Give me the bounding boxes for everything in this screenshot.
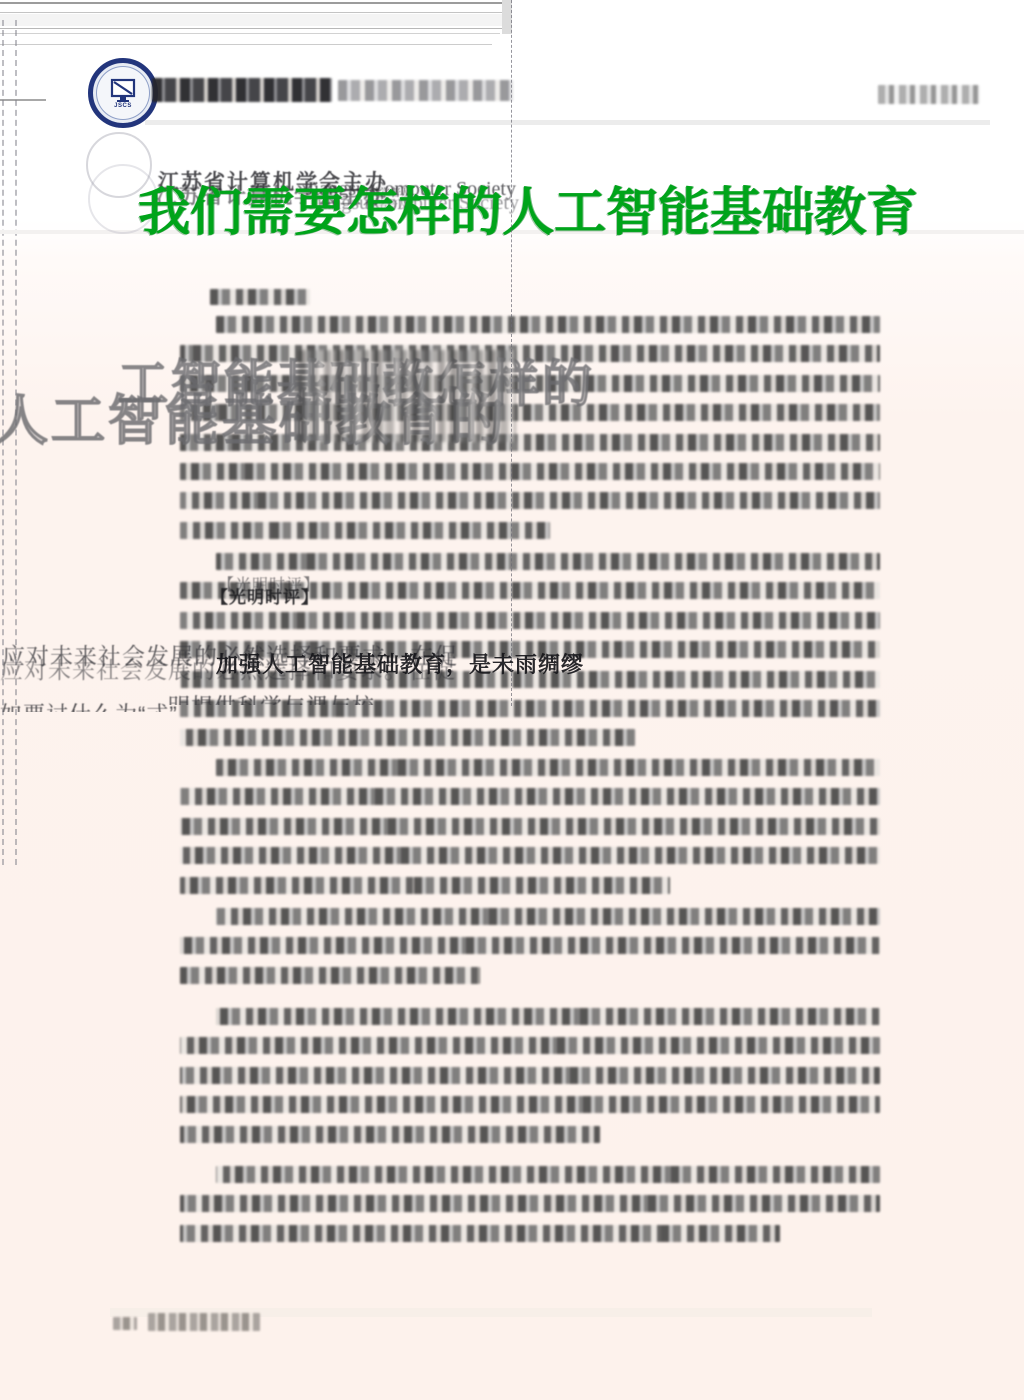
- redacted-text-line: [180, 1126, 600, 1143]
- article-title: 我们需要怎样的人工智能基础教育: [138, 170, 918, 245]
- redacted-text-line: [210, 289, 310, 305]
- redacted-text-line: [180, 937, 880, 954]
- ghost-title-lower: 人工智能基础教育的: [0, 378, 507, 455]
- document-page: JSCS 江苏省计算机学会主办 江苏省计算机学会主办 Jiangsu Compu…: [0, 0, 1024, 1400]
- redacted-text-line: [216, 759, 880, 776]
- ghost-fragment-right-text: 明提供科学与课与校: [168, 690, 498, 705]
- ghost-fragment-right: 明提供科学与课与校: [168, 690, 498, 705]
- footer-column-label-redacted: [148, 1313, 260, 1331]
- society-logo: JSCS: [88, 58, 158, 128]
- artifact-rule: [0, 28, 512, 29]
- footer-band: [110, 1308, 872, 1317]
- redacted-text-line: [216, 553, 880, 570]
- redacted-text-line: [216, 1008, 880, 1025]
- redacted-text-line: [180, 877, 670, 894]
- redacted-text-line: [180, 818, 880, 835]
- page-corner-label-redacted: [878, 85, 980, 104]
- redacted-text-line: [180, 463, 880, 480]
- artifact-rule: [0, 12, 512, 13]
- footer-page-number-redacted: [113, 1317, 137, 1330]
- redacted-text-line: [180, 1037, 880, 1054]
- masthead-rule: [145, 120, 990, 125]
- artifact-tick: [0, 99, 46, 101]
- redacted-text-line: [216, 908, 880, 925]
- redacted-text-line: [180, 1067, 880, 1084]
- artifact-band: [0, 14, 505, 26]
- redacted-text-line: [180, 788, 880, 805]
- monitor-icon: [108, 78, 138, 104]
- masthead-title-redacted: [152, 78, 332, 102]
- artifact-rule: [0, 44, 492, 45]
- redacted-text-line: [180, 967, 480, 984]
- redacted-text-line: [216, 1166, 880, 1183]
- redacted-text-line: [180, 729, 635, 746]
- artifact-rule: [0, 2, 512, 4]
- center-dashed-guide: [511, 0, 512, 706]
- redacted-text-line: [180, 1195, 880, 1212]
- artifact-rule: [0, 33, 500, 34]
- redacted-text-line: [180, 847, 880, 864]
- masthead-subtitle-redacted: [338, 80, 513, 101]
- redacted-text-line: [216, 316, 880, 333]
- redacted-text-line: [180, 522, 550, 539]
- redacted-text-line: [180, 1096, 880, 1113]
- redacted-text-line: [180, 492, 880, 509]
- redacted-text-line: [180, 612, 880, 629]
- section-tag: 【光明时评】: [211, 583, 319, 608]
- ghost-sentence-2: 加强人工智能基础教育，是未雨绸缪: [216, 648, 584, 679]
- logo-text: JSCS: [114, 104, 132, 109]
- redacted-text-line: [180, 1225, 780, 1242]
